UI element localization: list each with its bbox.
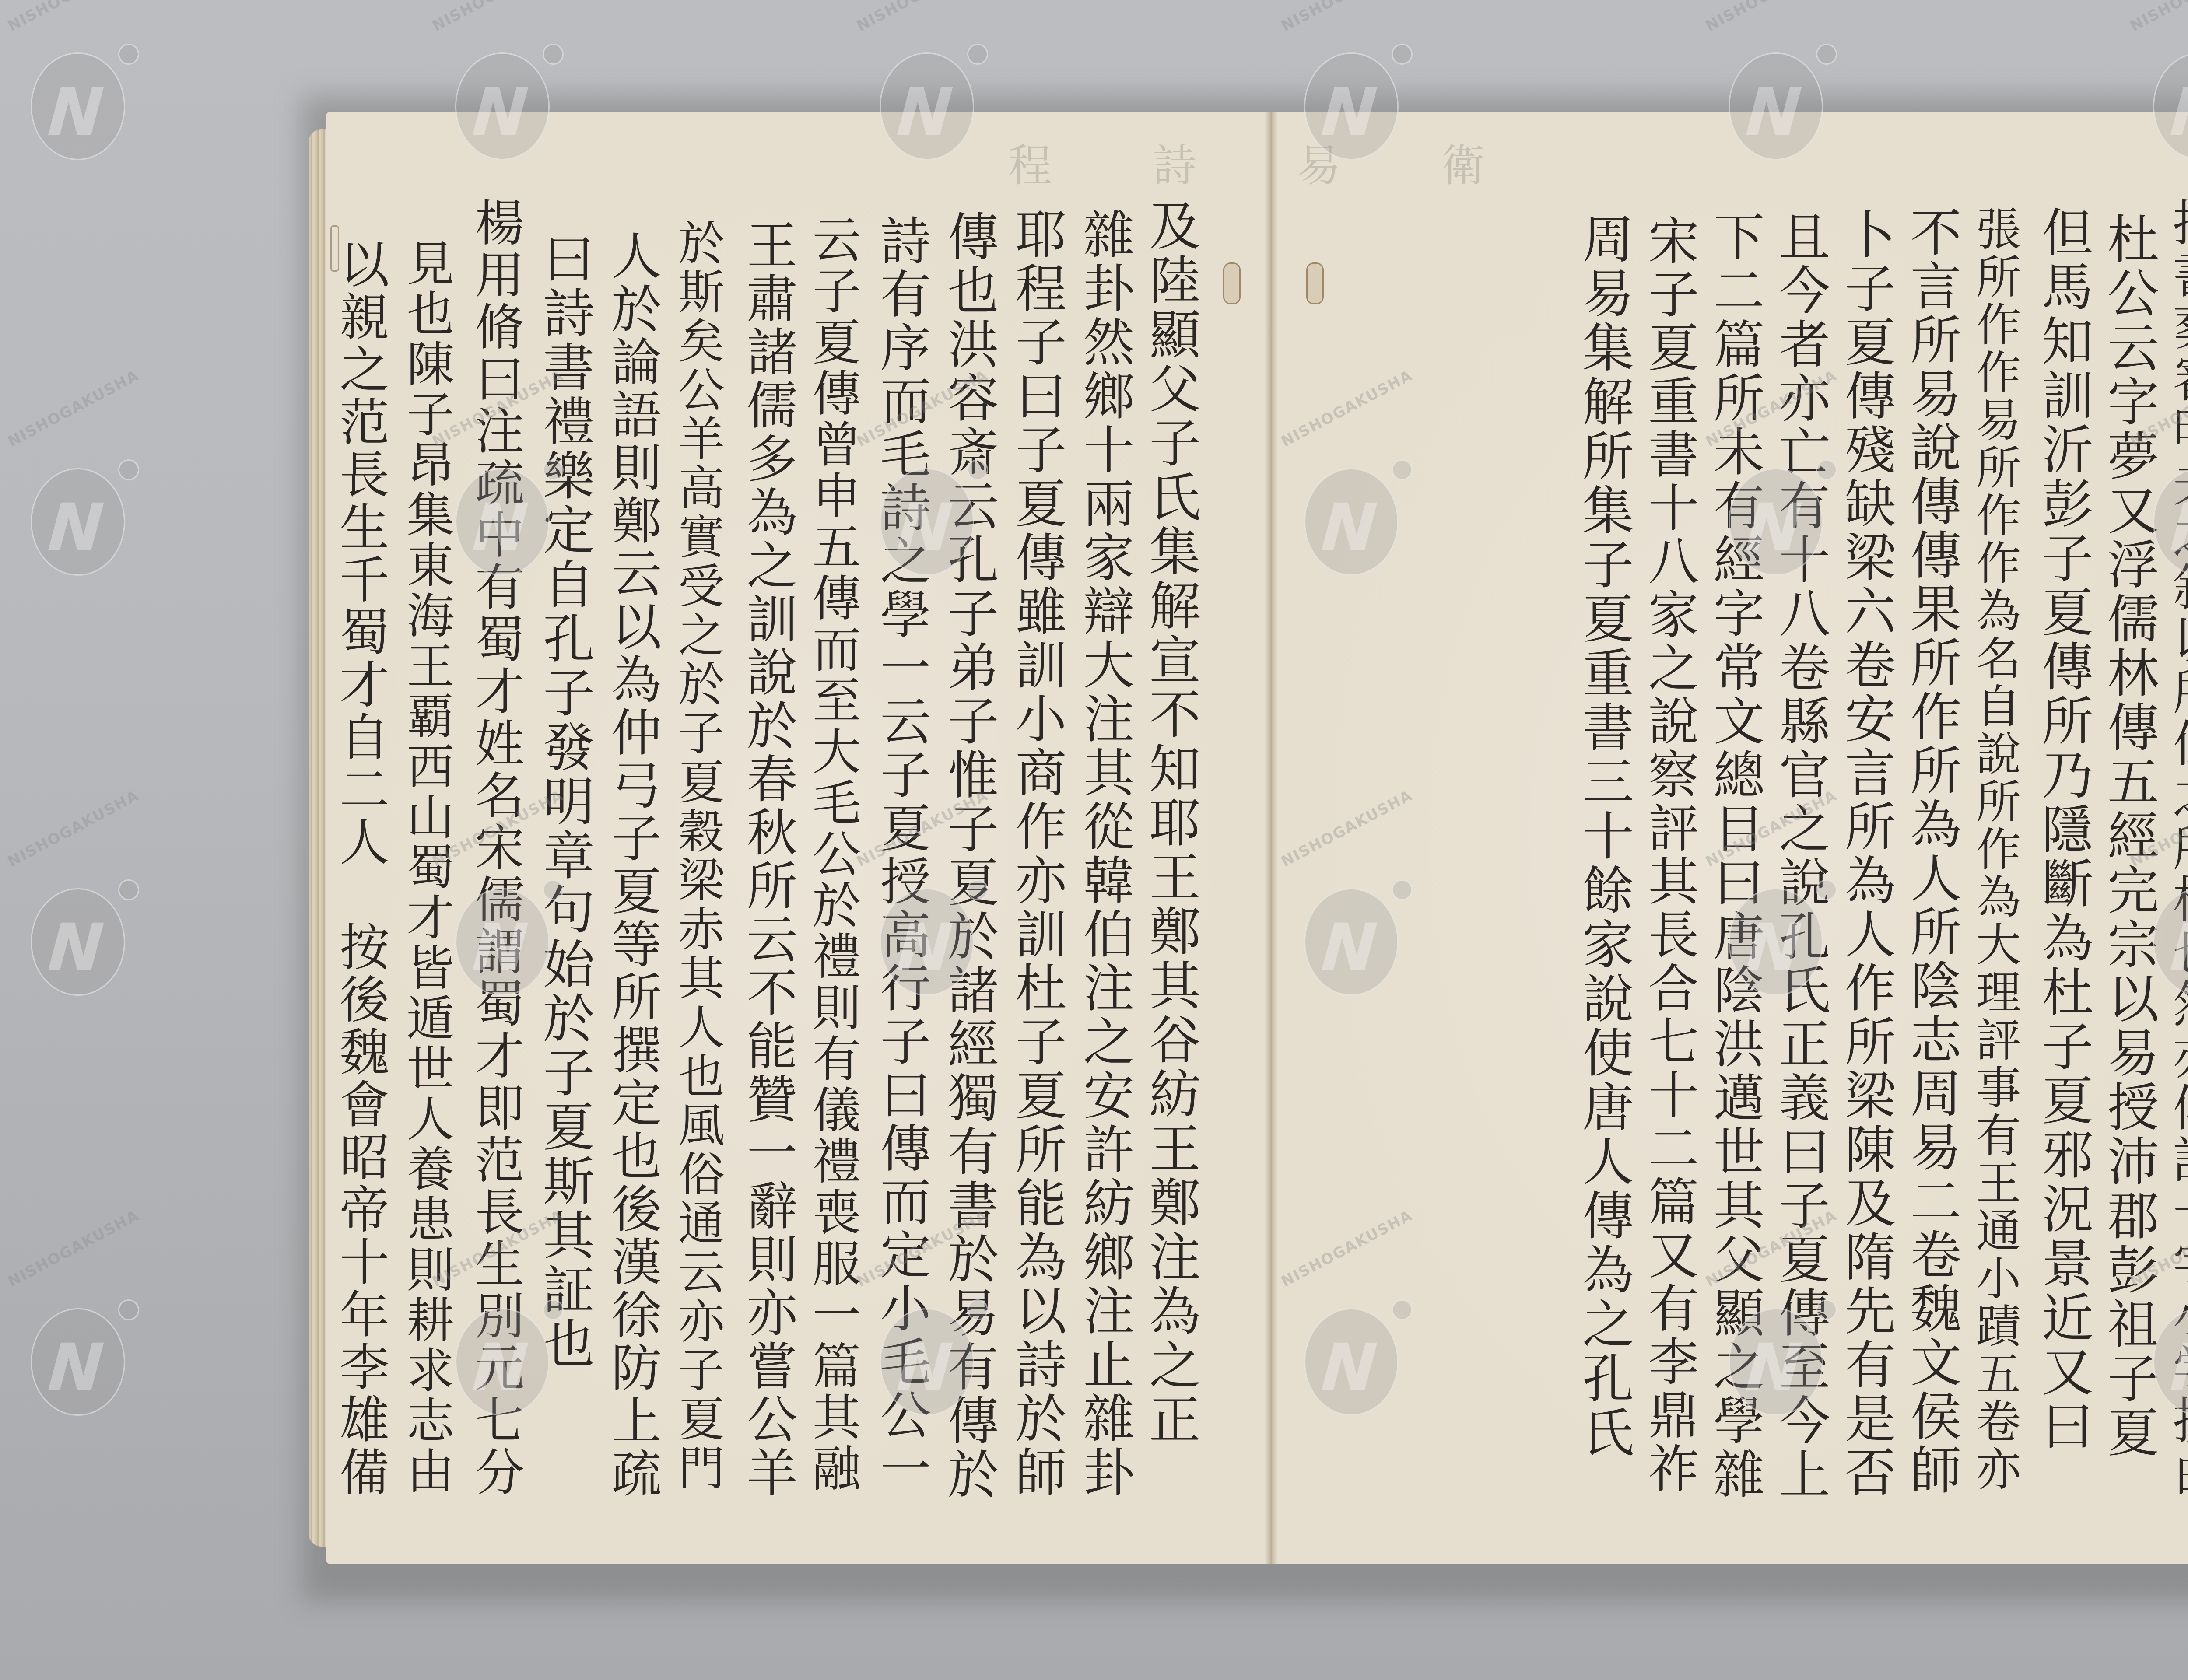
watermark-logo-icon: NNISHOGAKUSHA [18, 862, 149, 993]
watermark-text: NISHOGAKUSHA [2127, 0, 2188, 35]
watermark-logo-icon: NNISHOGAKUSHA [18, 1282, 149, 1413]
text-column: 張所作作易所作作為名自說所作為大理評事有王通小蹟五卷亦 [1972, 206, 2017, 1493]
text-column: 見也陳子昂集東海王覇西山蜀才皆遁世人養患則耕求志由 [403, 238, 451, 1496]
watermark-text: NISHOGAKUSHA [5, 367, 142, 451]
watermark-dot [118, 879, 139, 900]
watermark-dot [543, 44, 564, 65]
text-column: 王肅諸儒多為之訓說於春秋所云不能贊一辭則亦嘗公羊 [742, 219, 793, 1500]
text-column: 且今者亦亡有十八卷縣官之說孔氏正義曰子夏傳至今上 [1775, 210, 1826, 1501]
bleed-through-glyph: 衛 [1438, 142, 1481, 189]
text-column: 於斯矣公羊高實受之於子夏穀梁赤其人也風俗通云亦子夏門 [674, 219, 721, 1493]
text-column: 曰詩書禮樂定自孔子發明章句始於子夏斯其証也 [539, 232, 590, 1371]
bleed-through-glyph: 程 [1004, 142, 1048, 189]
watermark-text: NISHOGAKUSHA [5, 787, 142, 871]
text-column: 詩有序而毛詩之學一云子夏授高行子曰傳而定小毛公一 [876, 214, 926, 1495]
watermark-text: NISHOGAKUSHA [5, 1207, 142, 1291]
text-column: 下二篇所未有經字常文總目曰唐陰洪邁世其父顯之學雜 [1709, 210, 1760, 1501]
text-column: 以親之范長生千蜀才自二人 按後魏會昭帝十年李雄備 [335, 238, 385, 1498]
watermark-dot [967, 44, 988, 65]
right-page: 按條但指總凡二卷其首言子夏傳不甚確或題左氏傳無証之晩又許十八分稱天子以縣官及號杜… [1271, 112, 2188, 1564]
watermark-dot [1392, 44, 1413, 65]
text-column: 不言所易說傳傳果所作所為人所陰志周易二卷魏文侯師 [1906, 206, 1957, 1497]
text-column: 耶程子曰子夏傳雖訓小商作亦訓杜子夏所能為以詩於師 [1011, 208, 1062, 1499]
n-letter-icon: N [38, 490, 113, 566]
text-column: 但馬知訓沂彭子夏傳所乃隱斷為杜子夏邪況景近又曰 [2037, 206, 2089, 1453]
watermark-text: NISHOGAKUSHA [429, 0, 567, 35]
watermark-circle [31, 52, 125, 160]
binding-hole-icon [1223, 262, 1241, 304]
watermark-dot [1816, 44, 1837, 65]
watermark-circle [31, 468, 125, 576]
watermark-dot [118, 459, 139, 480]
watermark-text: NISHOGAKUSHA [1278, 0, 1416, 35]
text-column: 楊用脩曰注疏中有蜀才姓名宋儒謂蜀才即范長生別元七分 [471, 197, 520, 1498]
text-column: 傳也洪容斎云孔子弟子惟子夏於諸經獨有書於易有傳於 [943, 210, 995, 1501]
watermark-dot [118, 1299, 139, 1320]
n-letter-icon: N [38, 910, 113, 986]
text-column: 及陸顯父子氏集解宣不知耶王鄭其谷紡王鄭注為之正 [1145, 199, 1196, 1447]
n-letter-icon: N [38, 74, 113, 150]
binding-hole-icon [1306, 262, 1324, 304]
watermark-circle [31, 888, 125, 996]
text-column: 雜卦然鄉十兩家辯大注其從韓伯注之安許紡鄉注止雜卦 [1079, 208, 1130, 1499]
text-column: 云子夏傳曾申五傳而至大毛公於禮則有儀禮喪服一篇其融 [808, 214, 856, 1494]
bleed-through-glyph: 詩 [1149, 142, 1192, 189]
watermark-text: NISHOGAKUSHA [1703, 0, 1840, 35]
left-page: 及陸顯父子氏集解宣不知耶王鄭其谷紡王鄭注為之正雜卦然鄉十兩家辯大注其從韓伯注之安… [326, 112, 1271, 1564]
text-column: 杜公云字夢又浮儒林傳五經完宗以易授沛郡彭祖子夏 [2103, 212, 2155, 1460]
watermark-text: NISHOGAKUSHA [5, 0, 142, 35]
watermark-circle [31, 1308, 125, 1416]
scan-scene: 及陸顯父子氏集解宣不知耶王鄭其谷紡王鄭注為之正雜卦然鄉十兩家辯大注其從韓伯注之安… [0, 0, 2188, 1680]
n-letter-icon: N [38, 1330, 113, 1406]
text-column: 宋子夏重書十八家之說察評其長合七十二篇又有李鼎祚 [1644, 214, 1694, 1495]
watermark-dot [118, 44, 139, 65]
book-gutter [1265, 112, 1278, 1564]
text-column: 卜子夏傳殘缺梁六卷安言所為人作所梁陳及隋先有是否 [1841, 208, 1892, 1499]
watermark-logo-icon: NNISHOGAKUSHA [18, 26, 149, 157]
watermark-logo-icon: NNISHOGAKUSHA [18, 442, 149, 573]
text-column: 周易集解所集子夏重書三十餘家說使唐人傳為之孔氏 [1578, 212, 1630, 1460]
bleed-through-glyph: 易 [1293, 142, 1337, 189]
watermark-text: NISHOGAKUSHA [854, 0, 991, 35]
text-column: 抻書葬審明夫之叙以所但之所极也然亦傳謂一字小学扶由 [2169, 197, 2188, 1498]
text-column: 人於論語則鄭云以為仲弓子夏等所撰定也後漢徐防上疏 [607, 230, 657, 1500]
open-book: 及陸顯父子氏集解宣不知耶王鄭其谷紡王鄭注為之正雜卦然鄉十兩家辯大注其從韓伯注之安… [309, 112, 2188, 1590]
